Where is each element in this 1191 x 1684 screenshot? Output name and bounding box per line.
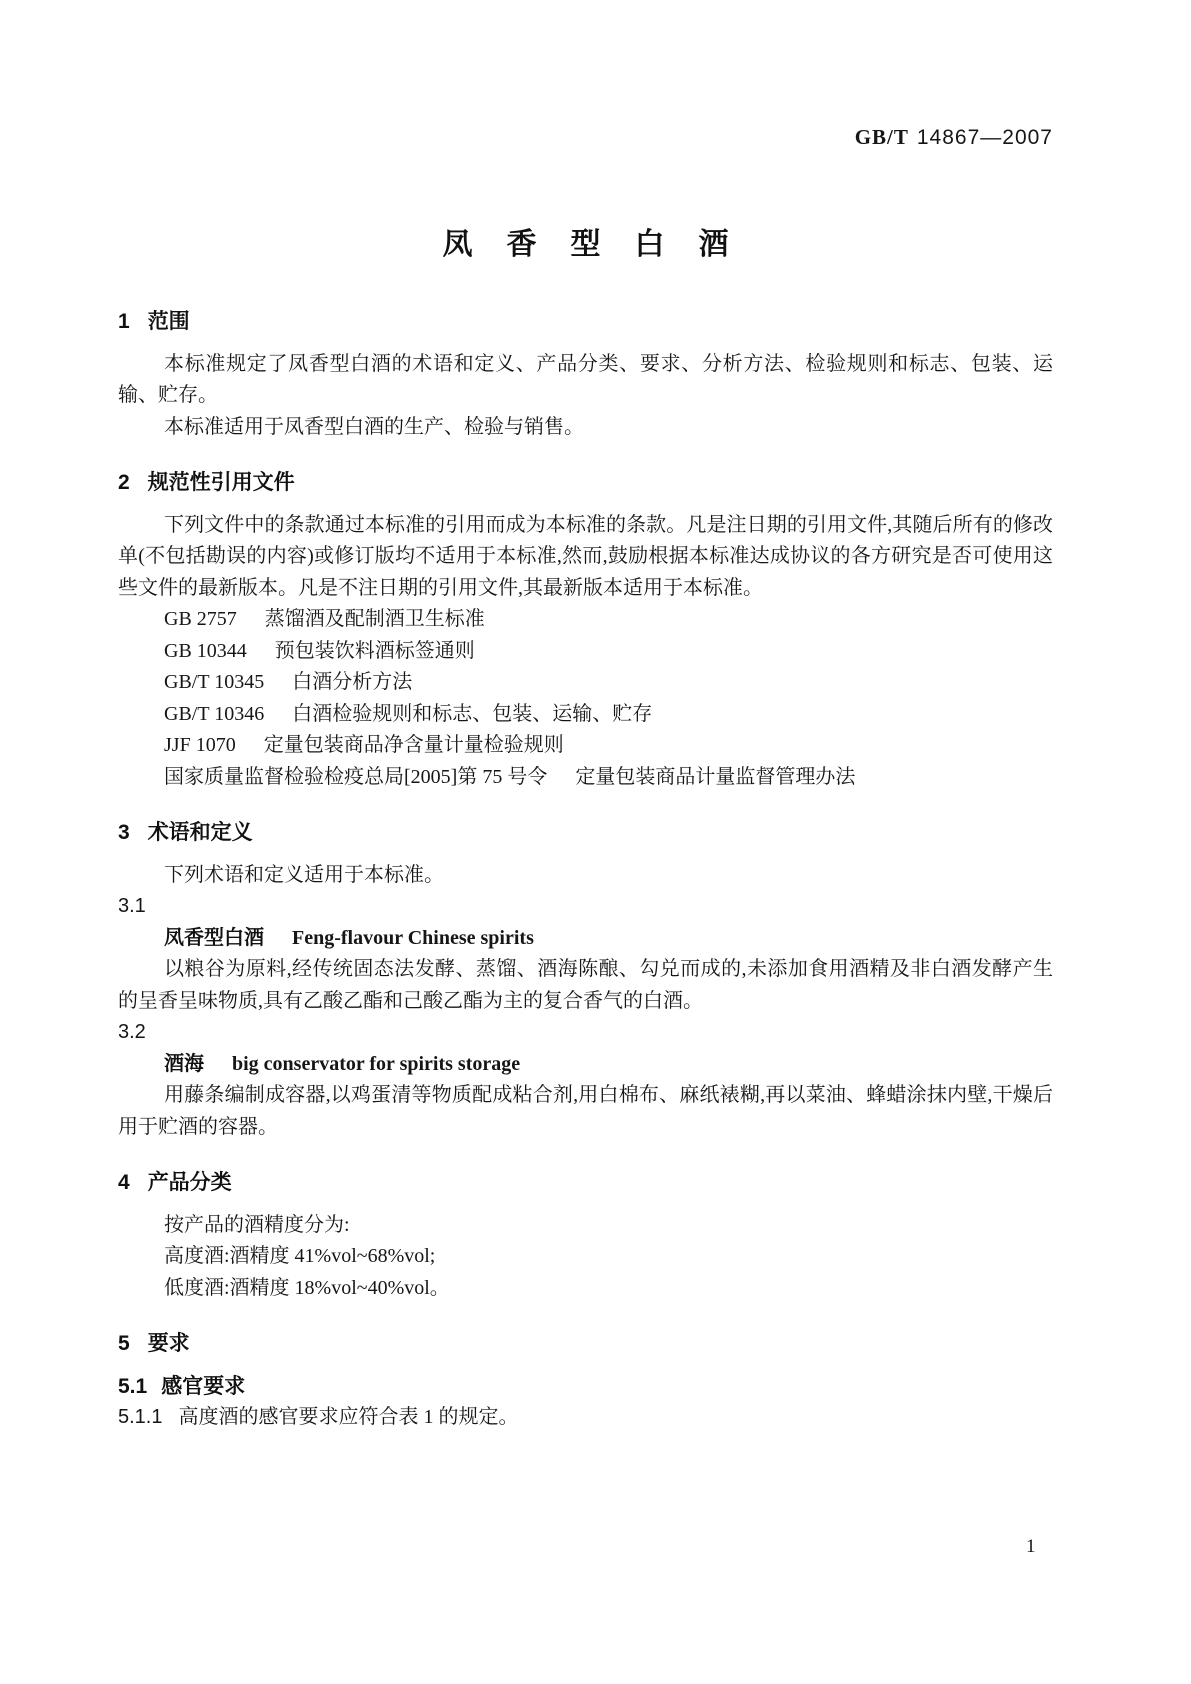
term-3-1-name: 凤香型白酒Feng-flavour Chinese spirits [118,923,1053,955]
reference-item: GB/T 10345白酒分析方法 [118,667,1053,699]
term-3-2-number: 3.2 [118,1017,1053,1049]
section-2-number: 2 [118,471,130,494]
section-1-paragraph-2: 本标准适用于凤香型白酒的生产、检验与销售。 [118,412,1053,444]
reference-code: GB/T 10345 [164,671,264,693]
document-title: 凤香型白酒 [118,223,1053,267]
classification-high-alcohol: 高度酒:酒精度 41%vol~68%vol; [118,1241,1053,1273]
reference-title: 预包装饮料酒标签通则 [275,640,475,662]
section-4-heading: 4产品分类 [118,1167,1053,1199]
section-3-title: 术语和定义 [148,821,253,844]
term-3-2-definition: 用藤条编制成容器,以鸡蛋清等物质配成粘合剂,用白棉布、麻纸裱糊,再以菜油、蜂蜡涂… [118,1080,1053,1143]
classification-low-alcohol: 低度酒:酒精度 18%vol~40%vol。 [118,1273,1053,1305]
section-5-1-heading: 5.1感官要求 [118,1371,1053,1403]
document-title-text: 凤香型白酒 [443,228,763,261]
section-4-intro: 按产品的酒精度分为: [118,1210,1053,1242]
reference-item: GB 10344预包装饮料酒标签通则 [118,636,1053,668]
standard-code-prefix: GB/T [855,125,909,149]
section-3-heading: 3术语和定义 [118,817,1053,849]
section-4-title: 产品分类 [148,1171,232,1194]
reference-item: 国家质量监督检验检疫总局[2005]第 75 号令定量包装商品计量监督管理办法 [118,762,1053,794]
page-number: 1 [1026,1536,1036,1558]
section-5-1-number: 5.1 [118,1375,147,1398]
clause-5-1-1-text: 高度酒的感官要求应符合表 1 的规定。 [178,1406,518,1428]
reference-code: GB 2757 [164,608,237,630]
section-1-heading: 1范围 [118,306,1053,338]
reference-item: GB/T 10346白酒检验规则和标志、包装、运输、贮存 [118,699,1053,731]
reference-code: GB/T 10346 [164,703,264,725]
section-1-number: 1 [118,310,130,333]
term-3-2-name-en: big conservator for spirits storage [232,1053,520,1075]
section-3-number: 3 [118,821,130,844]
reference-title: 蒸馏酒及配制酒卫生标准 [265,608,485,630]
section-5-title: 要求 [148,1332,190,1355]
section-2-heading: 2规范性引用文件 [118,467,1053,499]
section-1-title: 范围 [148,310,190,333]
reference-title: 白酒检验规则和标志、包装、运输、贮存 [292,703,652,725]
term-3-2-name-zh: 酒海 [164,1053,204,1075]
term-3-1-name-en: Feng-flavour Chinese spirits [292,927,534,949]
clause-5-1-1: 5.1.1高度酒的感官要求应符合表 1 的规定。 [118,1402,1053,1434]
reference-code: GB 10344 [164,640,247,662]
section-2-intro: 下列文件中的条款通过本标准的引用而成为本标准的条款。凡是注日期的引用文件,其随后… [118,510,1053,605]
section-3-intro: 下列术语和定义适用于本标准。 [118,860,1053,892]
standard-code-number: 14867—2007 [917,126,1053,149]
section-2-title: 规范性引用文件 [148,471,295,494]
term-3-1-definition: 以粮谷为原料,经传统固态法发酵、蒸馏、酒海陈酿、勾兑而成的,未添加食用酒精及非白… [118,954,1053,1017]
standard-code: GB/T14867—2007 [118,126,1053,149]
reference-title: 定量包装商品计量监督管理办法 [575,766,855,788]
section-4-number: 4 [118,1171,130,1194]
section-5-number: 5 [118,1332,130,1355]
reference-item: GB 2757蒸馏酒及配制酒卫生标准 [118,604,1053,636]
section-5-1-title: 感官要求 [161,1375,245,1398]
section-1-paragraph-1: 本标准规定了凤香型白酒的术语和定义、产品分类、要求、分析方法、检验规则和标志、包… [118,349,1053,412]
term-3-1-number: 3.1 [118,891,1053,923]
section-5-heading: 5要求 [118,1328,1053,1360]
term-3-1-name-zh: 凤香型白酒 [164,927,264,949]
reference-title: 白酒分析方法 [292,671,412,693]
term-3-2-name: 酒海big conservator for spirits storage [118,1049,1053,1081]
reference-code: 国家质量监督检验检疫总局[2005]第 75 号令 [164,766,547,788]
reference-code: JJF 1070 [164,734,236,756]
reference-title: 定量包装商品净含量计量检验规则 [264,734,564,756]
reference-item: JJF 1070定量包装商品净含量计量检验规则 [118,730,1053,762]
clause-5-1-1-number: 5.1.1 [118,1406,162,1428]
document-page: GB/T14867—2007 凤香型白酒 1范围 本标准规定了凤香型白酒的术语和… [0,0,1191,1684]
